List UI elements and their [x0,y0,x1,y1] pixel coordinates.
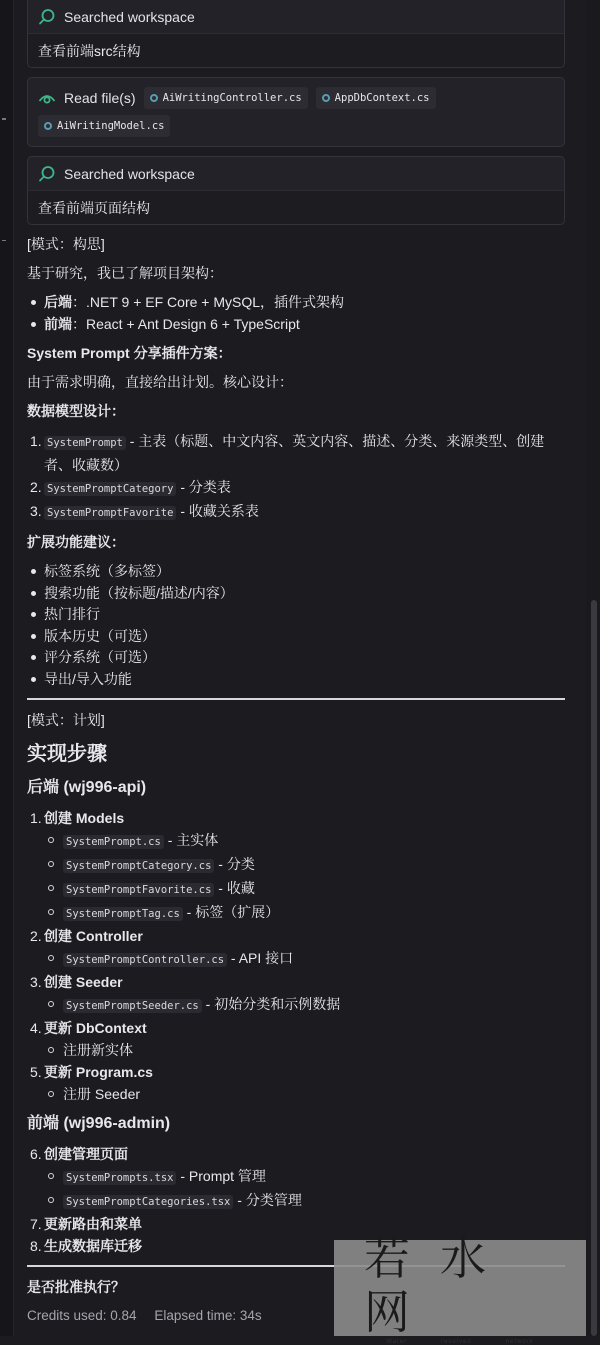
left-gutter [0,0,14,1336]
scrollbar-thumb[interactable] [591,600,597,1336]
list-item: 3.SystemPromptFavorite - 收藏关系表 [27,500,565,524]
list-item: 前端：React + Ant Design 6 + TypeScript [27,314,565,336]
inline-code: SystemPromptCategory [44,482,176,496]
sub-item: SystemPromptSeeder.cs - 初始分类和示例数据 [44,993,565,1017]
inline-code: SystemPromptCategories.tsx [63,1195,233,1209]
sub-item: SystemPrompt.cs - 主实体 [44,829,565,853]
tool-card-detail: 查看前端页面结构 [28,190,564,224]
search-icon [38,8,56,26]
csharp-file-icon [44,122,52,130]
architecture-list: 后端：.NET 9 + EF Core + MySQL，插件式架构 前端：Rea… [27,292,565,335]
gutter-marker [2,240,6,241]
list-item: 后端：.NET 9 + EF Core + MySQL，插件式架构 [27,292,565,314]
inline-code: SystemPromptCategory.cs [63,859,214,873]
tool-card-search[interactable]: Searched workspace 查看前端src结构 [27,0,565,68]
sub-item: SystemPromptTag.cs - 标签（扩展） [44,901,565,925]
credits-used: Credits used: 0.84 [27,1308,137,1323]
tool-card-header[interactable]: Searched workspace [28,157,564,190]
watermark: 若水网 Water resolved network [334,1240,586,1336]
list-item: 1.SystemPrompt - 主表（标题、中文内容、英文内容、描述、分类、来… [27,430,565,476]
csharp-file-icon [150,94,158,102]
extension-title: 扩展功能建议： [27,532,565,553]
watermark-title: 若水网 [334,1231,586,1336]
file-chip[interactable]: AppDbContext.cs [316,87,436,109]
eye-icon [38,89,56,107]
gutter-marker [2,118,6,120]
list-item: 评分系统（可选） [27,647,565,669]
sub-item: 注册 Seeder [44,1083,565,1105]
sub-item: SystemPromptFavorite.cs - 收藏 [44,877,565,901]
list-item: 版本历史（可选） [27,626,565,648]
model-list: 1.SystemPrompt - 主表（标题、中文内容、英文内容、描述、分类、来… [27,430,565,524]
inline-code: SystemPrompt [44,436,126,450]
search-icon [38,165,56,183]
sub-item: SystemPromptCategories.tsx - 分类管理 [44,1189,565,1213]
extension-list: 标签系统（多标签） 搜索功能（按标题/描述/内容） 热门排行 版本历史（可选） … [27,561,565,690]
tool-card-title: Searched workspace [64,166,195,182]
csharp-file-icon [322,94,330,102]
list-item: 2.SystemPromptCategory - 分类表 [27,476,565,500]
frontend-heading: 前端 (wj996-admin) [27,1113,565,1135]
inline-code: SystemPromptFavorite [44,506,176,520]
sub-item: 注册新实体 [44,1039,565,1061]
tool-card-read-files[interactable]: Read file(s) AiWritingController.cs AppD… [27,77,565,147]
assistant-message: [模式：构思] 基于研究，我已了解项目架构： 后端：.NET 9 + EF Co… [27,234,565,1298]
mode-label: [模式：计划] [27,710,565,731]
sub-item: SystemPrompts.tsx - Prompt 管理 [44,1165,565,1189]
inline-code: SystemPromptController.cs [63,953,227,967]
inline-code: SystemPromptFavorite.cs [63,883,214,897]
tool-card-detail: 查看前端src结构 [28,33,564,67]
step-item: 5.更新 Program.cs 注册 Seeder [27,1061,565,1105]
model-title: 数据模型设计： [27,401,565,422]
list-item: 导出/导入功能 [27,669,565,691]
plan-intro: 由于需求明确，直接给出计划。核心设计： [27,372,565,393]
list-item: 标签系统（多标签） [27,561,565,583]
intro-text: 基于研究，我已了解项目架构： [27,263,565,284]
file-chip[interactable]: AiWritingModel.cs [38,115,170,137]
step-item: 1.创建 Models SystemPrompt.cs - 主实体 System… [27,807,565,925]
scrollbar[interactable] [586,0,600,1336]
inline-code: SystemPrompt.cs [63,835,164,849]
inline-code: SystemPromptSeeder.cs [63,999,202,1013]
step-item: 3.创建 Seeder SystemPromptSeeder.cs - 初始分类… [27,971,565,1017]
tool-card-title: Searched workspace [64,9,195,25]
sub-item: SystemPromptCategory.cs - 分类 [44,853,565,877]
step-item: 2.创建 Controller SystemPromptController.c… [27,925,565,971]
tool-card-header[interactable]: Searched workspace [28,0,564,33]
step-item: 4.更新 DbContext 注册新实体 [27,1017,565,1061]
tool-card-search[interactable]: Searched workspace 查看前端页面结构 [27,156,565,225]
backend-steps: 1.创建 Models SystemPrompt.cs - 主实体 System… [27,807,565,1105]
sub-item: SystemPromptController.cs - API 接口 [44,947,565,971]
divider [27,698,565,700]
step-item: 6.创建管理页面 SystemPrompts.tsx - Prompt 管理 S… [27,1143,565,1213]
mode-label: [模式：构思] [27,234,565,255]
plan-title: System Prompt 分享插件方案： [27,343,565,364]
list-item: 搜索功能（按标题/描述/内容） [27,583,565,605]
backend-heading: 后端 (wj996-api) [27,777,565,799]
list-item: 热门排行 [27,604,565,626]
elapsed-time: Elapsed time: 34s [154,1308,261,1323]
tool-card-title: Read file(s) [64,90,136,106]
steps-heading: 实现步骤 [27,741,565,767]
chat-content: Searched workspace 查看前端src结构 Read file(s… [27,0,565,1323]
inline-code: SystemPrompts.tsx [63,1171,176,1185]
inline-code: SystemPromptTag.cs [63,907,183,921]
file-chip[interactable]: AiWritingController.cs [144,87,308,109]
